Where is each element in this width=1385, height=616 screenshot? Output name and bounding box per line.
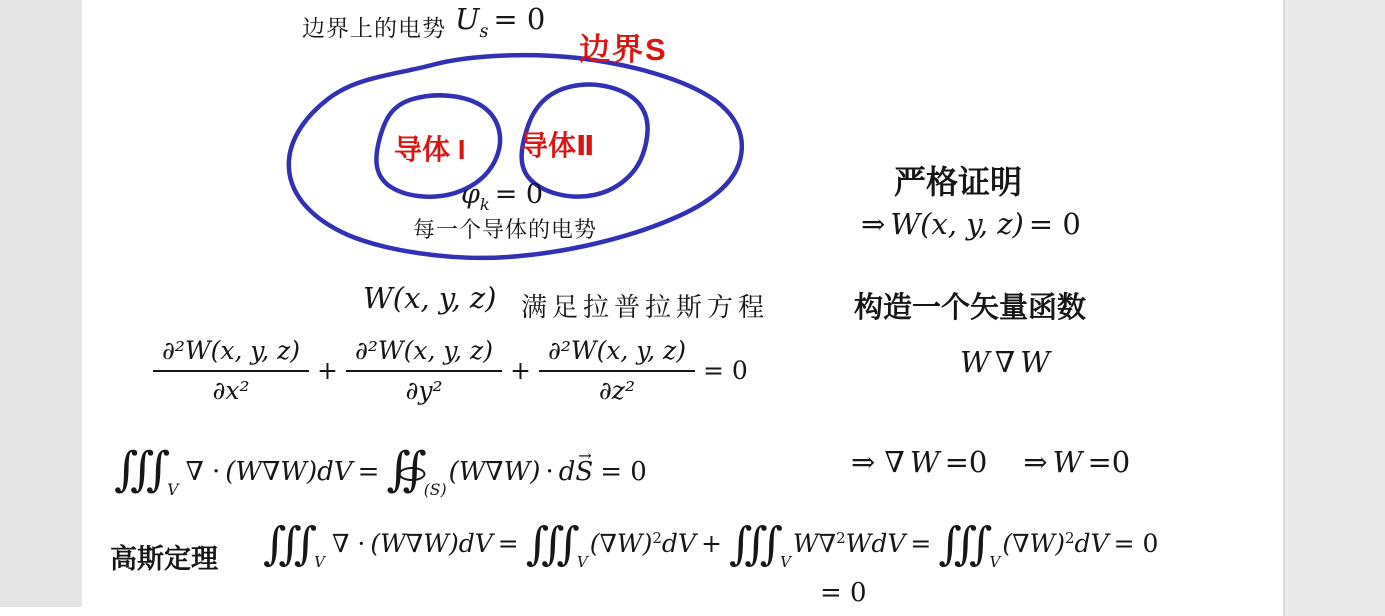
- math-token: 2: [836, 529, 846, 547]
- math-token: WdV: [846, 529, 906, 558]
- boundary-potential-equation: Us = 0: [455, 2, 550, 42]
- satisfies-laplace-label: 满足拉普拉斯方程: [521, 287, 769, 324]
- math-token: =: [353, 457, 385, 487]
- math-token: 2: [652, 529, 662, 547]
- fraction: ∂²W(x, y, z)∂z²: [539, 335, 695, 405]
- math-token: +: [696, 529, 727, 558]
- divergence-theorem-equation: ∫∫∫V∇ ·(W∇W)dV=∫∫(S)(W∇W)·d→S= 0: [112, 447, 652, 499]
- math-token: =: [905, 529, 936, 558]
- math-token: ·: [540, 457, 558, 487]
- math-token: W∇: [793, 529, 836, 558]
- math-token: d: [559, 457, 576, 487]
- math-token: W: [1020, 345, 1050, 379]
- math-token: W: [910, 445, 940, 479]
- lecture-slide: 边界上的电势 Us = 0 边界S 导体 I 导体Ⅱ φk = 0 每一个导体的…: [0, 0, 1385, 616]
- math-token: U: [455, 2, 479, 36]
- math-token: φ: [461, 179, 480, 210]
- math-token: ∇: [990, 345, 1020, 379]
- math-token: +: [312, 356, 343, 385]
- triple-integral-icon: ∫∫∫V: [263, 521, 325, 571]
- math-token: ⇒: [856, 207, 890, 241]
- each-conductor-potential-label: 每一个导体的电势: [413, 213, 597, 244]
- gauss-underbrace-zero: = 0: [820, 578, 867, 608]
- conductor-potential-equation: φk = 0: [461, 179, 548, 214]
- math-token: (W∇W)dV: [225, 457, 352, 487]
- w-function: W(x, y, z): [363, 281, 496, 315]
- triple-integral-icon: ∫∫∫V: [114, 447, 179, 499]
- implies-w-zero-equation: ⇒W(x, y, z)= 0: [856, 207, 1086, 241]
- math-token: W(x, y, z): [890, 207, 1023, 241]
- gauss-theorem-equation: ∫∫∫V∇ ·(W∇W)dV=∫∫∫V(∇W)2dV+∫∫∫VW∇2WdV=∫∫…: [261, 521, 1163, 571]
- fraction: ∂²W(x, y, z)∂x²: [153, 335, 309, 405]
- boundary-s-label: 边界S: [579, 24, 668, 69]
- math-token: = 0: [1109, 529, 1164, 558]
- triple-integral-icon: ∫∫∫V: [729, 521, 791, 571]
- triple-integral-icon: ∫∫∫V: [526, 521, 588, 571]
- laplace-equation: ∂²W(x, y, z)∂x²+∂²W(x, y, z)∂y²+∂²W(x, y…: [150, 335, 753, 405]
- math-token: =0: [940, 445, 993, 479]
- math-token: =: [493, 529, 524, 558]
- math-token: (∇W): [590, 529, 653, 558]
- math-token: = 0: [595, 457, 652, 487]
- math-token: s: [479, 22, 488, 42]
- math-token: = 0: [698, 356, 753, 385]
- math-token: dV: [662, 529, 696, 558]
- math-token: ⇒: [1018, 445, 1052, 479]
- closed-surface-integral-icon: ∫∫(S): [386, 447, 446, 499]
- construct-vector-function-label: 构造一个矢量函数: [854, 285, 1086, 326]
- triple-integral-icon: ∫∫∫V: [938, 521, 1000, 571]
- right-margin-bar: [1283, 0, 1385, 616]
- rigorous-proof-title: 严格证明: [894, 157, 1022, 203]
- math-token: dV: [1075, 529, 1109, 558]
- fraction: ∂²W(x, y, z)∂y²: [346, 335, 502, 405]
- left-margin-bar: [0, 0, 82, 607]
- math-token: W(x, y, z): [363, 281, 496, 315]
- math-token: W: [1053, 445, 1083, 479]
- conductor-2-label: 导体Ⅱ: [520, 124, 594, 164]
- w-grad-w-expression: W∇W: [960, 345, 1050, 379]
- math-token: (W∇W)dV: [370, 529, 492, 558]
- conductor-1-label: 导体 I: [394, 128, 466, 168]
- math-token: +: [505, 356, 536, 385]
- math-token: ∇ ·: [327, 529, 370, 558]
- math-token: (∇W): [1002, 529, 1065, 558]
- math-token: ⇒ ∇: [846, 445, 910, 479]
- vector-over-arrow: →S: [575, 457, 593, 487]
- math-token: = 0: [490, 179, 548, 210]
- gauss-theorem-label: 高斯定理: [110, 537, 218, 576]
- math-token: = 0: [488, 2, 550, 36]
- math-token: =0: [1082, 445, 1135, 479]
- math-token: (W∇W): [449, 457, 541, 487]
- math-token: k: [480, 195, 490, 214]
- implies-gradw-w-zero-equation: ⇒ ∇W=0⇒W=0: [846, 445, 1135, 479]
- boundary-potential-label: 边界上的电势: [302, 10, 446, 43]
- math-token: W: [960, 345, 990, 379]
- math-token: = 0: [1024, 207, 1086, 241]
- math-token: ∇ ·: [181, 457, 226, 487]
- math-token: 2: [1065, 529, 1075, 547]
